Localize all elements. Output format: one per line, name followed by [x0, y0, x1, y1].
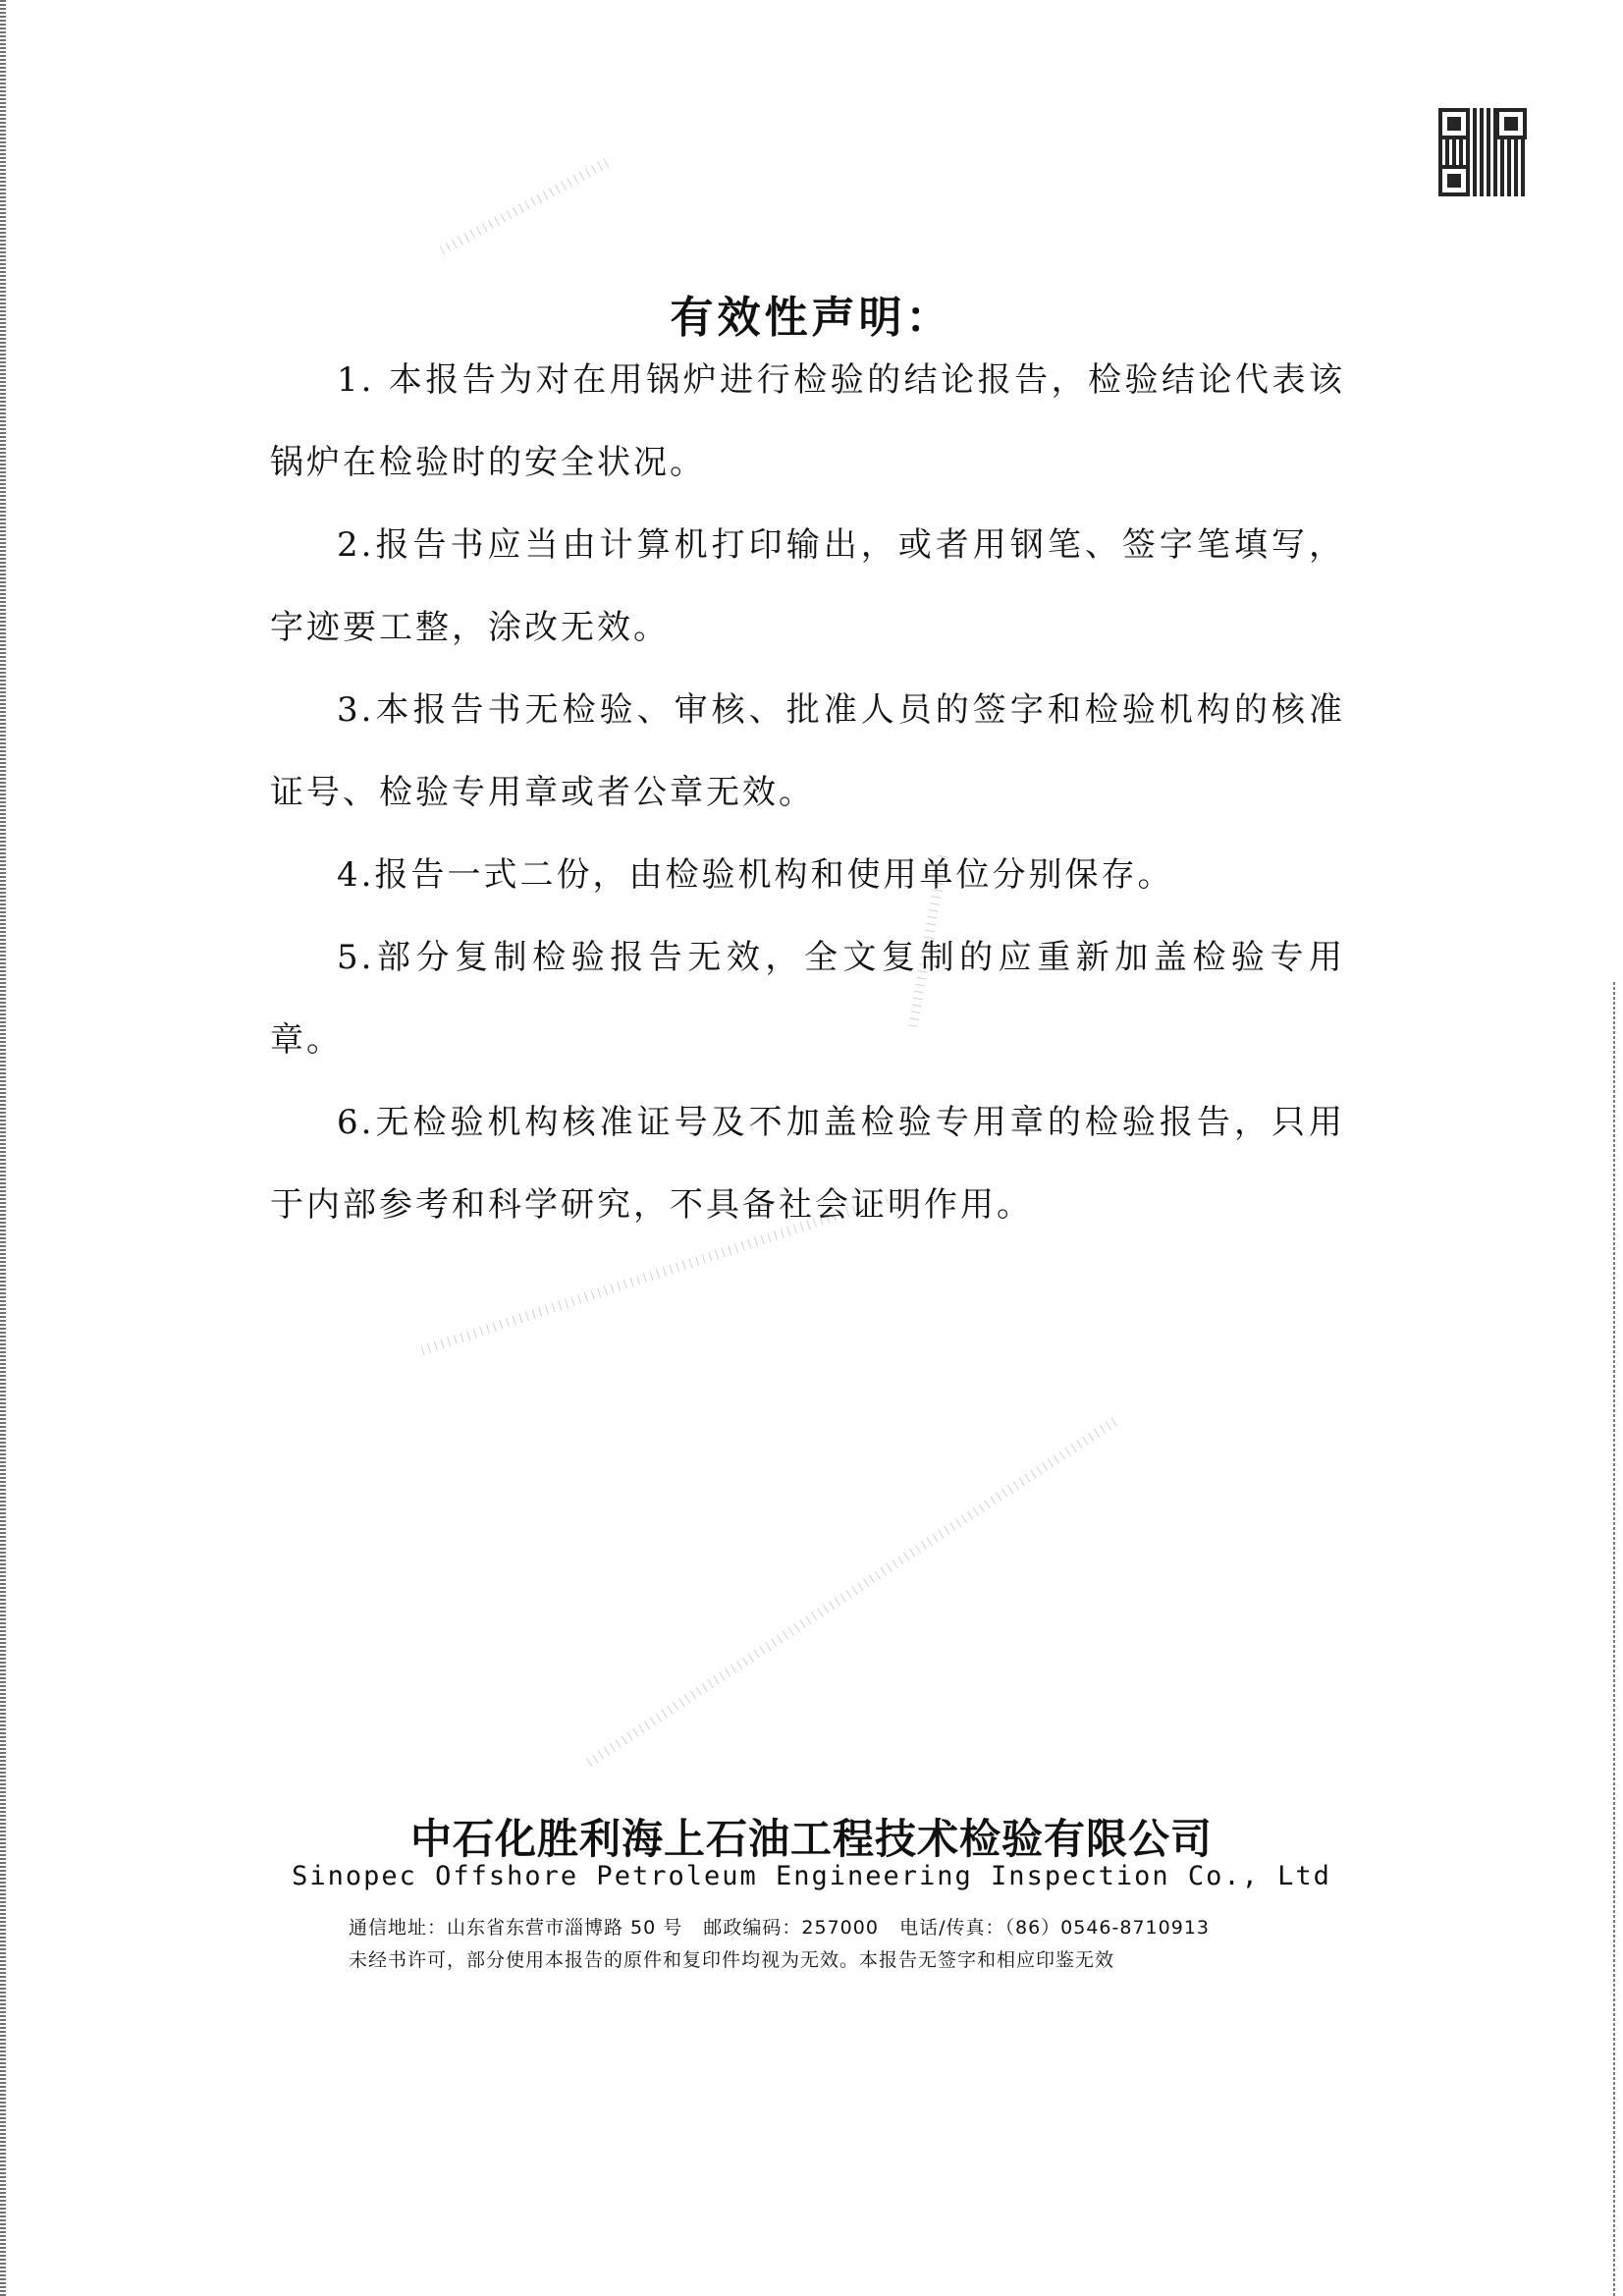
- footer-disclaimer: 未经书许可，部分使用本报告的原件和复印件均视为无效。本报告无签字和相应印鉴无效: [349, 1945, 1114, 1972]
- company-name-en: Sinopec Offshore Petroleum Engineering I…: [0, 1861, 1623, 1891]
- qr-finder-bottom-left: [1438, 165, 1470, 196]
- clause-5: 5.部分复制检验报告无效，全文复制的应重新加盖检验专用章。: [270, 916, 1345, 1081]
- address-value: 山东省东营市淄博路 50 号: [447, 1917, 682, 1939]
- postcode-value: 257000: [801, 1917, 879, 1939]
- clause-4: 4.报告一式二份，由检验机构和使用单位分别保存。: [270, 834, 1345, 916]
- clause-3: 3.本报告书无检验、审核、批准人员的签字和检验机构的核准证号、检验专用章或者公章…: [270, 669, 1345, 834]
- qr-code-icon: [1438, 108, 1527, 196]
- clause-2: 2.报告书应当由计算机打印输出，或者用钢笔、签字笔填写，字迹要工整，涂改无效。: [270, 504, 1345, 669]
- qr-finder-top-right: [1495, 108, 1527, 139]
- qr-finder-top-left: [1438, 108, 1470, 139]
- phone-value: （86）0546-8710913: [1004, 1917, 1210, 1939]
- phone-label: 电话/传真：: [899, 1917, 1004, 1939]
- clause-6: 6.无检验机构核准证号及不加盖检验专用章的检验报告，只用于内部参考和科学研究，不…: [270, 1081, 1345, 1246]
- address-label: 通信地址：: [349, 1917, 447, 1939]
- watermark-stripe: [440, 158, 609, 254]
- company-name-cn: 中石化胜利海上石油工程技术检验有限公司: [0, 1807, 1623, 1866]
- scan-edge-right: [1613, 982, 1615, 2296]
- validity-clauses: 1. 本报告为对在用锅炉进行检验的结论报告，检验结论代表该锅炉在检验时的安全状况…: [270, 339, 1345, 1246]
- contact-line: 通信地址：山东省东营市淄博路 50 号 邮政编码：257000 电话/传真：（8…: [349, 1913, 1210, 1940]
- watermark-stripe: [586, 1416, 1118, 1767]
- postcode-label: 邮政编码：: [703, 1917, 801, 1939]
- clause-1: 1. 本报告为对在用锅炉进行检验的结论报告，检验结论代表该锅炉在检验时的安全状况…: [270, 339, 1345, 504]
- document-title: 有效性声明：: [0, 282, 1623, 345]
